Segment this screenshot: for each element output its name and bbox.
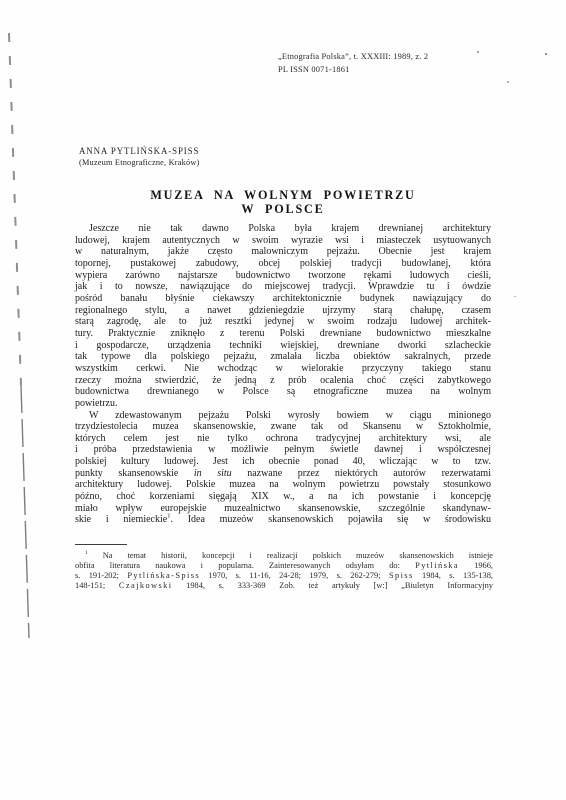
text-line: wypiera zarówno najstarsze budownictwo t… (75, 270, 491, 282)
text-line: i próba przedstawienia w możliwie pełnym… (75, 444, 491, 456)
article-title: MUZEA NA WOLNYM POWIETRZU W POLSCE (75, 189, 491, 216)
text-line: tury. Praktycznie zniknęło z terenu Pols… (75, 328, 491, 340)
footnote-separator-rule (75, 544, 127, 545)
text-line: Jeszcze nie tak dawno Polska była krajem… (75, 223, 491, 235)
footnote-text: 1 Na temat historii, koncepcji i realiza… (75, 551, 493, 591)
text-line: 148-151; Czajkowski 1984, s. 333-369 Zob… (75, 581, 493, 591)
text-line: wszystkim cerkwi. Nie wchodząc w wielora… (75, 363, 491, 375)
article-title-line1: MUZEA NA WOLNYM POWIETRZU (75, 189, 491, 203)
text-line: trzydziestolecia muzea skansenowskie, zw… (75, 421, 491, 433)
text-line: polskiej kultury ludowej. Jest ich obecn… (75, 456, 491, 468)
text-line: powietrzu. (75, 398, 491, 410)
text-line: regionalnego stylu, a nawet gdzieniegdzi… (75, 305, 491, 317)
text-line: miało wpływ europejskie muzealnictwo ska… (75, 503, 491, 515)
text-line: topornej, pustakowej zabudowy, obcej pol… (75, 258, 491, 270)
text-line: punkty skansenowskie in situ nazwane prz… (75, 468, 491, 480)
text-line: W zdewastowanym pejzażu Polski wyrosły b… (75, 410, 491, 422)
journal-header: „Etnografia Polska”, t. XXXIII: 1989, z.… (278, 51, 428, 76)
scan-speck (477, 51, 479, 53)
scan-speck (545, 53, 547, 55)
journal-issn: PL ISSN 0071-1861 (278, 64, 428, 77)
article-body-text: Jeszcze nie tak dawno Polska była krajem… (75, 223, 491, 526)
paragraph: W zdewastowanym pejzażu Polski wyrosły b… (75, 410, 491, 527)
scan-speck (514, 296, 516, 297)
text-line: budownictwa drewnianego w Polsce są etno… (75, 386, 491, 398)
author-name: ANNA PYTLIŃSKA-SPISS (79, 146, 200, 156)
text-line: których celem jest nie tylko ochrona tra… (75, 433, 491, 445)
text-line: obfita literatura naukowa i popularna. Z… (75, 561, 493, 571)
text-line: architektury ludowej. Polskie muzea na w… (75, 479, 491, 491)
text-line: i gospodarcze, urządzenia techniki wiejs… (75, 340, 491, 352)
scanned-paper-page: „Etnografia Polska”, t. XXXIII: 1989, z.… (0, 0, 566, 800)
text-line: starą zagrodę, ale to już resztki jedyne… (75, 316, 491, 328)
scan-speck (507, 81, 509, 83)
author-block: ANNA PYTLIŃSKA-SPISS (Muzeum Etnograficz… (79, 146, 200, 167)
text-line: późno, choć korzeniami sięgają XIX w., a… (75, 491, 491, 503)
journal-citation: „Etnografia Polska”, t. XXXIII: 1989, z.… (278, 51, 428, 64)
paragraph: Jeszcze nie tak dawno Polska była krajem… (75, 223, 491, 410)
author-affiliation: (Muzeum Etnograficzne, Kraków) (79, 158, 200, 167)
text-line: rzeczy można stwierdzić, że jedną z prób… (75, 375, 491, 387)
text-line: ludowej, krajem autentycznych w swoim wy… (75, 235, 491, 247)
text-line: pośród banału błyśnie ciekawszy architek… (75, 293, 491, 305)
text-line: w naturalnym, jakże często malowniczym p… (75, 246, 491, 258)
text-line: skie i niemieckie1. Idea muzeów skanseno… (75, 514, 491, 526)
text-line: jak i to nowsze, nawiązujące do miejscow… (75, 281, 491, 293)
text-line: tak typowe dla polskiego pejzażu, zmalał… (75, 351, 491, 363)
text-line: s. 191-202; Pytlińska-Spiss 1970, s. 11-… (75, 571, 493, 581)
text-line: 1 Na temat historii, koncepcji i realiza… (75, 551, 493, 561)
page-fold-crease-line (0, 0, 44, 650)
article-title-line2: W POLSCE (75, 203, 491, 217)
